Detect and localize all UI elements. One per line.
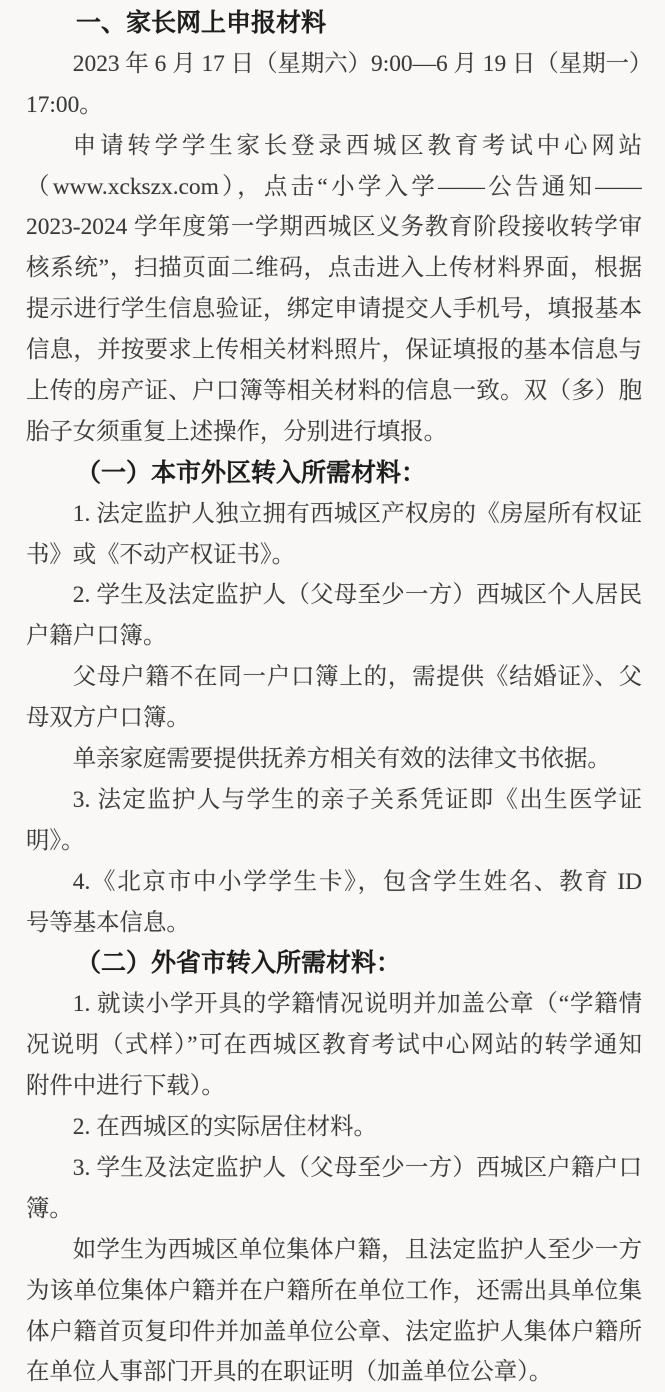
text-line: 3. 法定监护人与学生的亲子关系凭证即《出生医学证 [26,780,642,821]
document-page: { "page": { "background_color": "#f9f8f6… [0,0,665,1392]
text-line: 胎子女须重复上述操作，分别进行填报。 [26,412,642,453]
document-title: 一、家长网上申报材料 [26,3,642,44]
text-line: 2023 年 6 月 17 日（星期六）9:00—6 月 19 日（星期一） [26,44,642,85]
text-line: 2. 在西城区的实际居住材料。 [26,1107,642,1148]
section-heading: （一）本市外区转入所需材料： [26,453,642,494]
text-line: 体户籍首页复印件并加盖单位公章、法定监护人集体户籍所 [26,1312,642,1353]
text-line: 1. 法定监护人独立拥有西城区产权房的《房屋所有权证 [26,494,642,535]
text-line: 核系统”，扫描页面二维码，点击进入上传材料界面，根据 [26,248,642,289]
text-line: （www.xckszx.com），点击“小学入学——公告通知—— [26,167,642,208]
text-line: 信息，并按要求上传相关材料照片，保证填报的基本信息与 [26,330,642,371]
text-line: 上传的房产证、户口簿等相关材料的信息一致。双（多）胞 [26,371,642,412]
text-line: 如学生为西城区单位集体户籍，且法定监护人至少一方 [26,1230,642,1271]
text-line: 况说明（式样）”可在西城区教育考试中心网站的转学通知 [26,1025,642,1066]
text-line: 1. 就读小学开具的学籍情况说明并加盖公章（“学籍情 [26,984,642,1025]
text-line: 母双方户口簿。 [26,698,642,739]
text-line: 17:00。 [26,85,642,126]
text-line: 书》或《不动产权证书》。 [26,535,642,576]
text-line: 2023-2024 学年度第一学期西城区义务教育阶段接收转学审 [26,207,642,248]
text-line: 父母户籍不在同一户口簿上的，需提供《结婚证》、父 [26,657,642,698]
text-line: 提示进行学生信息验证，绑定申请提交人手机号，填报基本 [26,289,642,330]
text-line: 明》。 [26,821,642,862]
text-line: 附件中进行下载）。 [26,1066,642,1107]
document-body: 一、家长网上申报材料2023 年 6 月 17 日（星期六）9:00—6 月 1… [0,0,665,1392]
text-line: 4.《北京市中小学学生卡》，包含学生姓名、教育 ID [26,862,642,903]
text-line: 在单位人事部门开具的在职证明（加盖单位公章）。 [26,1352,642,1392]
text-line: 单亲家庭需要提供抚养方相关有效的法律文书依据。 [26,739,642,780]
text-line: 簿。 [26,1189,642,1230]
text-line: 申请转学学生家长登录西城区教育考试中心网站 [26,126,642,167]
text-line: 号等基本信息。 [26,903,642,944]
document-text-block: 一、家长网上申报材料2023 年 6 月 17 日（星期六）9:00—6 月 1… [26,3,642,1392]
text-line: 3. 学生及法定监护人（父母至少一方）西城区户籍户口 [26,1148,642,1189]
text-line: 户籍户口簿。 [26,616,642,657]
section-heading: （二）外省市转入所需材料： [26,943,642,984]
text-line: 2. 学生及法定监护人（父母至少一方）西城区个人居民 [26,575,642,616]
text-line: 为该单位集体户籍并在户籍所在单位工作，还需出具单位集 [26,1271,642,1312]
